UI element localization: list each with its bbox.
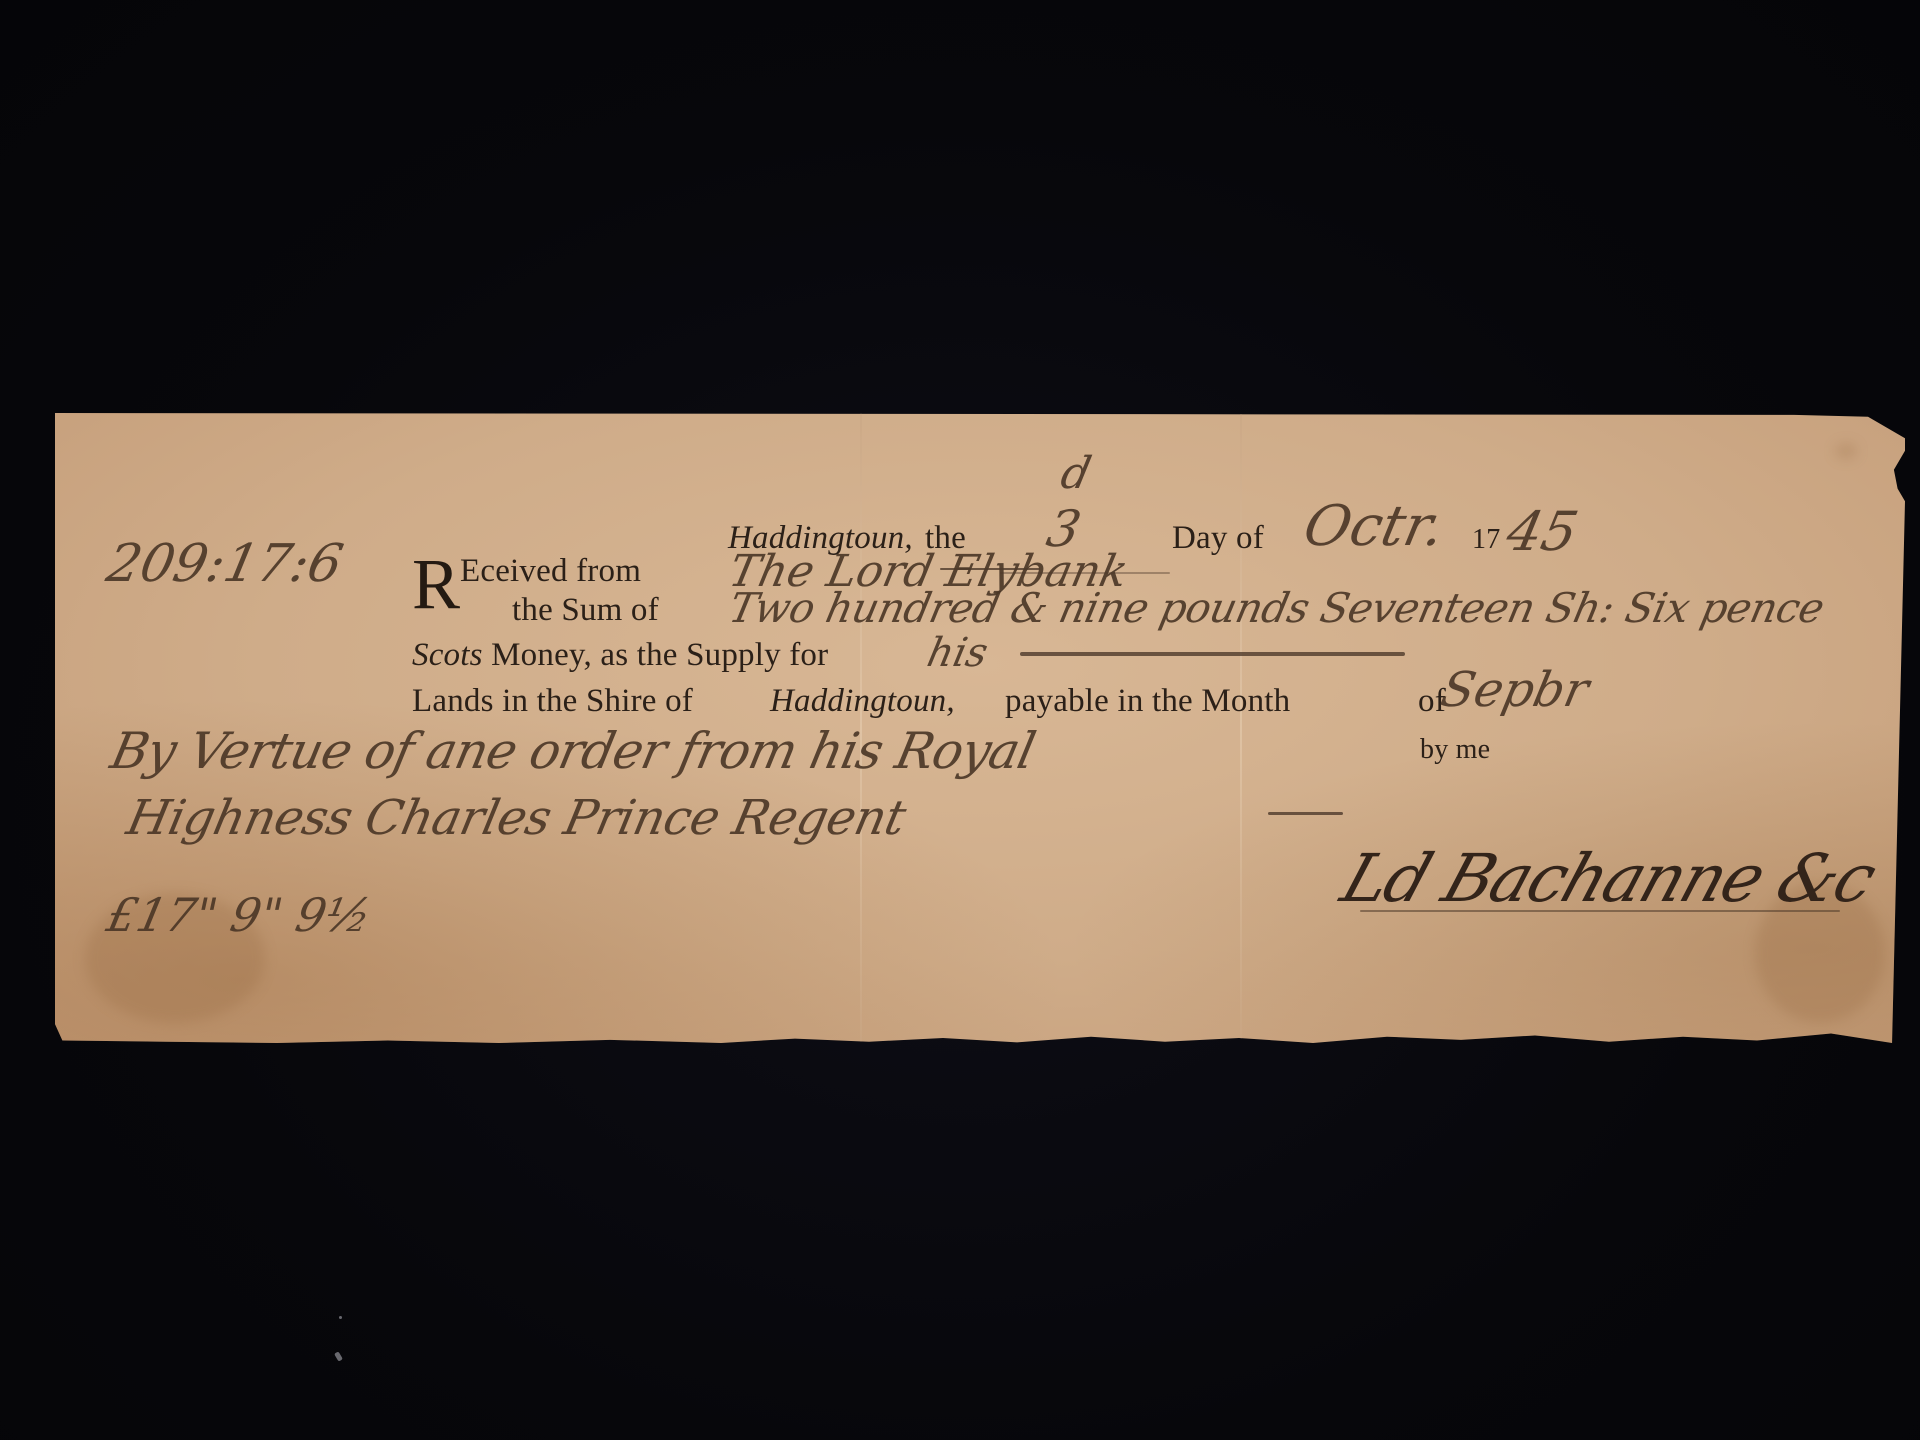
payment-month-value: Sepbr [1436,662,1594,718]
month-value: Octr. [1298,494,1450,559]
fill-rule [1268,812,1343,815]
fill-rule [940,568,1040,570]
fill-rule [1020,652,1405,656]
paper-fold [1240,413,1242,1043]
signature: Ld Bachanne &c [1332,840,1884,917]
fill-rule [1000,572,1170,574]
shire-name: Haddingtoun, [770,683,955,720]
sterling-total: £17" 9" 9½ [102,888,376,942]
payable-month-label: payable in the Month [1005,683,1290,720]
day-of-label: Day of [1172,520,1264,557]
note-line-2: Highness Charles Prince Regent [122,790,910,846]
background-lint [339,1316,342,1319]
lands-shire-label: Lands in the Shire of [412,683,693,720]
sum-in-words: Two hundred & nine pounds Seventeen Sh: … [725,584,1828,632]
margin-total: 209:17:6 [102,534,348,594]
drop-cap: R [412,548,460,620]
signature-underline [1360,910,1840,912]
year-suffix: 45 [1501,500,1583,563]
paper-stain [1835,443,1857,459]
supply-for-value: his [923,630,992,676]
year-prefix: 17 [1472,524,1500,556]
sum-of-label: the Sum of [512,592,659,629]
received-from-label: Eceived from [460,553,641,590]
scots-money-line: Scots Money, as the Supply for [412,637,828,674]
note-line-1: By Vertue of ane order from his Royal [106,722,1040,780]
by-me-label: by me [1420,734,1490,766]
